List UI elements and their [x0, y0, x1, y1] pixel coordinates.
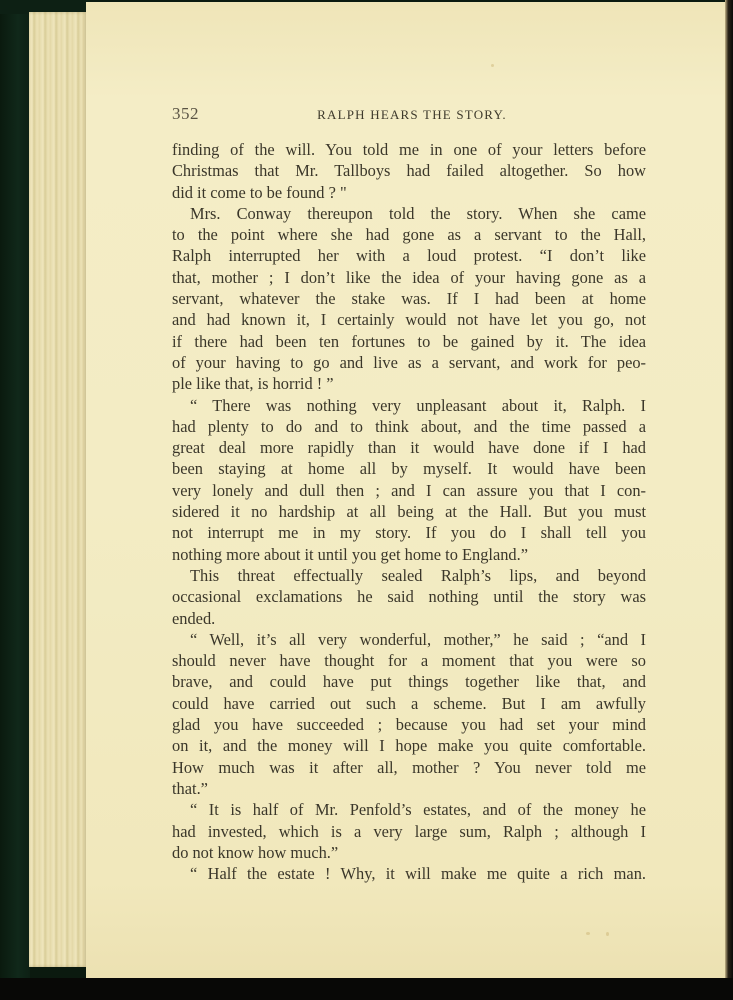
text-line: been staying at home all by myself. It w… [172, 458, 646, 479]
text-line: very lonely and dull then ; and I can as… [172, 480, 646, 501]
text-line: glad you have succeeded ; because you ha… [172, 714, 646, 735]
page-header: 352 RALPH HEARS THE STORY. [172, 104, 652, 124]
text-line: brave, and could have put things togethe… [172, 671, 646, 692]
text-line: and had known it, I certainly would not … [172, 309, 646, 330]
text-line: that, mother ; I don’t like the idea of … [172, 267, 646, 288]
text-line: do not know how much.” [172, 842, 646, 863]
text-line: “ There was nothing very unpleasant abou… [172, 395, 646, 416]
book-cover-left [0, 0, 30, 1000]
paper-spot [491, 64, 494, 67]
text-line: finding of the will. You told me in one … [172, 139, 646, 160]
text-line: occasional exclamations he said nothing … [172, 586, 646, 607]
text-line: “ Well, it’s all very wonderful, mother,… [172, 629, 646, 650]
text-line: Mrs. Conway thereupon told the story. Wh… [172, 203, 646, 224]
text-line: on it, and the money will I hope make yo… [172, 735, 646, 756]
text-line: had plenty to do and to think about, and… [172, 416, 646, 437]
text-line: Ralph interrupted her with a loud protes… [172, 245, 646, 266]
text-line: Christmas that Mr. Tallboys had failed a… [172, 160, 646, 181]
book-cover-right [725, 0, 733, 1000]
text-line: if there had been ten fortunes to be gai… [172, 331, 646, 352]
text-line: should never have thought for a moment t… [172, 650, 646, 671]
text-line: This threat effectually sealed Ralph’s l… [172, 565, 646, 586]
text-line: had invested, which is a very large sum,… [172, 821, 646, 842]
text-line: that.” [172, 778, 646, 799]
text-line: sidered it no hardship at all being at t… [172, 501, 646, 522]
text-line: to the point where she had gone as a ser… [172, 224, 646, 245]
text-line: ple like that, is horrid ! ” [172, 373, 646, 394]
text-line: did it come to be found ? " [172, 182, 646, 203]
page-edges-stack [29, 12, 87, 967]
text-line: servant, whatever the stake was. If I ha… [172, 288, 646, 309]
text-line: “ Half the estate ! Why, it will make me… [172, 863, 646, 884]
body-text: finding of the will. You told me in one … [172, 139, 646, 884]
text-line: How much was it after all, mother ? You … [172, 757, 646, 778]
text-line: nothing more about it until you get home… [172, 544, 646, 565]
text-line: could have carried out such a scheme. Bu… [172, 693, 646, 714]
text-line: of your having to go and live as a serva… [172, 352, 646, 373]
running-head: RALPH HEARS THE STORY. [172, 107, 652, 123]
scan-bottom-shadow [0, 978, 733, 1000]
paper-spot [606, 932, 609, 936]
text-line: great deal more rapidly than it would ha… [172, 437, 646, 458]
text-line: not interrupt me in my story. If you do … [172, 522, 646, 543]
text-line: “ It is half of Mr. Penfold’s estates, a… [172, 799, 646, 820]
text-line: ended. [172, 608, 646, 629]
paper-spot [586, 932, 590, 935]
